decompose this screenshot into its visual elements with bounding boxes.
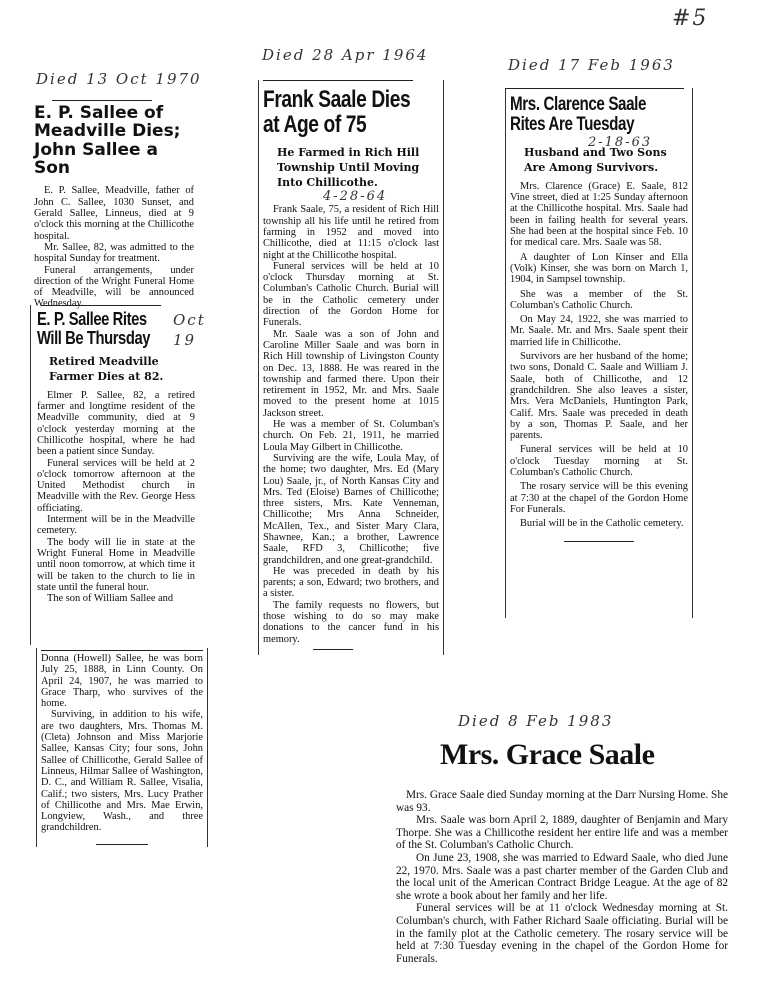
paragraph: The family requests no flowers, but thos… — [263, 600, 439, 645]
paragraph: Donna (Howell) Sallee, he was born July … — [41, 653, 203, 709]
headline: Mrs. Grace Saale — [440, 738, 654, 772]
divider — [506, 88, 684, 89]
paragraph: He was a member of St. Columban's church… — [263, 419, 439, 453]
subheadline: He Farmed in Rich Hill Township Until Mo… — [277, 145, 427, 190]
handwritten-date: 2-18-63 — [588, 135, 652, 150]
handwritten-date: Died 13 Oct 1970 — [36, 70, 202, 88]
article-body: Elmer P. Sallee, 82, a retired farmer an… — [37, 390, 195, 605]
paragraph: Funeral services will be held at 10 o'cl… — [510, 444, 688, 478]
article-body: Donna (Howell) Sallee, he was born July … — [41, 653, 203, 834]
paragraph: Mrs. Saale was born April 2, 1889, daugh… — [396, 814, 728, 852]
paragraph: Surviving, in addition to his wife, are … — [41, 709, 203, 833]
clipping-frank-saale: Frank Saale Dies at Age of 75 He Farmed … — [258, 80, 444, 655]
article-body: Mrs. Clarence (Grace) E. Saale, 812 Vine… — [510, 181, 688, 530]
divider — [41, 650, 203, 651]
headline: E. P. Sallee of Meadville Dies; John Sal… — [34, 104, 194, 177]
handwritten-date: Died 17 Feb 1963 — [508, 56, 675, 74]
article-body: E. P. Sallee, Meadville, father of John … — [34, 185, 194, 309]
paragraph: Mr. Saale was a son of John and Caroline… — [263, 329, 439, 419]
paragraph: Survivors are her husband of the home; t… — [510, 351, 688, 441]
paragraph: Elmer P. Sallee, 82, a retired farmer an… — [37, 390, 195, 458]
paragraph: He was preceded in death by his parents;… — [263, 566, 439, 600]
handwritten-date: 4-28-64 — [323, 190, 439, 204]
headline-line-1: E. P. Sallee Rites — [37, 310, 176, 329]
end-rule — [564, 541, 634, 542]
headline-line-2: Will Be Thursday — [37, 329, 176, 348]
handwritten-date: Oct 19 — [173, 310, 203, 350]
paragraph: Mrs. Clarence (Grace) E. Saale, 812 Vine… — [510, 181, 688, 249]
paragraph: Interment will be in the Meadville cemet… — [37, 514, 195, 537]
paragraph: Funeral services will be at 11 o'clock W… — [396, 902, 728, 965]
clipping-grace-saale: Mrs. Grace Saale died Sunday morning at … — [396, 789, 728, 965]
paragraph: Funeral services will be held at 2 o'clo… — [37, 458, 195, 514]
divider — [41, 305, 161, 306]
subheadline: Retired Meadville Farmer Dies at 82. — [49, 354, 199, 384]
headline: Mrs. Clarence Saale Rites Are Tuesday — [510, 95, 678, 135]
end-rule — [96, 844, 148, 845]
paragraph: A daughter of Lon Kinser and Ella (Volk)… — [510, 252, 688, 286]
paragraph: E. P. Sallee, Meadville, father of John … — [34, 185, 194, 241]
clipping-ep-sallee-death: E. P. Sallee of Meadville Dies; John Sal… — [34, 104, 194, 310]
divider — [263, 80, 413, 81]
paragraph: The body will lie in state at the Wright… — [37, 537, 195, 593]
paragraph: The rosary service will be this evening … — [510, 481, 688, 515]
handwritten-date: Died 28 Apr 1964 — [262, 46, 428, 64]
paragraph: Burial will be in the Catholic cemetery. — [510, 518, 688, 529]
paragraph: Frank Saale, 75, a resident of Rich Hill… — [263, 204, 439, 260]
clipping-clarence-saale: Mrs. Clarence Saale Rites Are Tuesday 2-… — [505, 88, 693, 618]
end-rule — [313, 649, 353, 650]
paragraph: She was a member of the St. Columban's C… — [510, 289, 688, 312]
scanned-clippings-page: { "page": { "annotation": "#5" }, "clipp… — [0, 0, 760, 985]
paragraph: Mrs. Grace Saale died Sunday morning at … — [396, 789, 728, 814]
page-number-annotation: #5 — [672, 6, 708, 31]
divider — [52, 100, 152, 101]
article-body: Frank Saale, 75, a resident of Rich Hill… — [263, 204, 439, 645]
paragraph: Funeral arrangements, under direction of… — [34, 265, 194, 310]
handwritten-date: Died 8 Feb 1983 — [458, 712, 613, 730]
clipping-ep-sallee-continuation: Donna (Howell) Sallee, he was born July … — [36, 648, 208, 847]
paragraph: Mr. Sallee, 82, was admitted to the hosp… — [34, 242, 194, 265]
paragraph: The son of William Sallee and — [37, 593, 195, 604]
paragraph: On June 23, 1908, she was married to Edw… — [396, 852, 728, 902]
paragraph: Funeral services will be held at 10 o'cl… — [263, 261, 439, 329]
paragraph: On May 24, 1922, she was married to Mr. … — [510, 314, 688, 348]
clipping-ep-sallee-rites: E. P. Sallee Rites Will Be Thursday Oct … — [30, 305, 207, 645]
headline: Frank Saale Dies at Age of 75 — [263, 87, 415, 137]
paragraph: Surviving are the wife, Loula May, of th… — [263, 453, 439, 566]
